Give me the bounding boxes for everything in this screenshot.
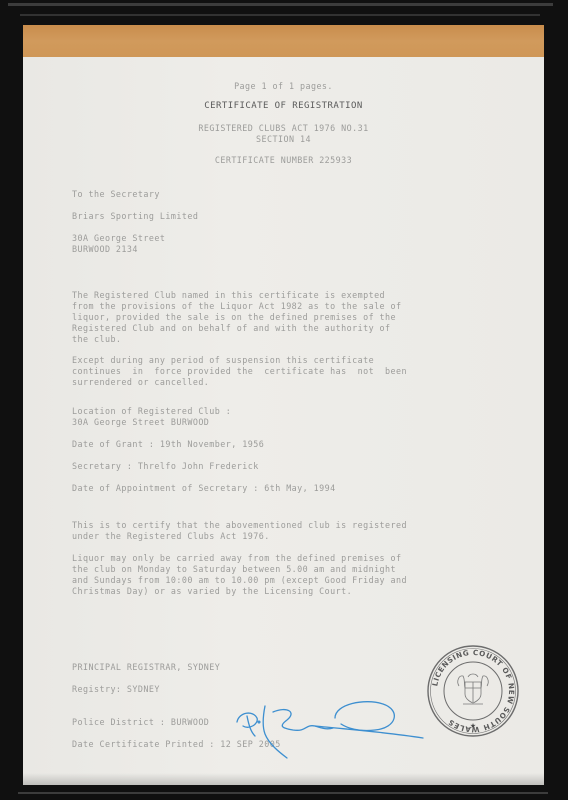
certificate-title: CERTIFICATE OF REGISTRATION — [23, 101, 544, 111]
suspension-line: Except during any period of suspension t… — [72, 355, 374, 365]
section-reference: SECTION 14 — [23, 134, 544, 144]
frame-bevel — [8, 3, 553, 6]
date-of-grant: Date of Grant : 19th November, 1956 — [72, 439, 264, 449]
liquor-hours-line: and Sundays from 10:00 am to 10.00 pm (e… — [72, 575, 407, 585]
address-line-2: BURWOOD 2134 — [72, 244, 138, 254]
exemption-line: The Registered Club named in this certif… — [72, 290, 385, 300]
location-label: Location of Registered Club : — [72, 406, 231, 416]
exemption-line: the club. — [72, 334, 121, 344]
registry: Registry: SYDNEY — [72, 684, 160, 694]
liquor-hours-line: the club on Monday to Saturday between 5… — [72, 564, 396, 574]
page-indicator: Page 1 of 1 pages. — [23, 81, 544, 91]
coat-of-arms-icon — [458, 674, 488, 704]
registrar: PRINCIPAL REGISTRAR, SYDNEY — [72, 662, 220, 672]
exemption-line: Registered Club and on behalf of and wit… — [72, 323, 391, 333]
svg-text:★: ★ — [470, 722, 476, 730]
act-reference: REGISTERED CLUBS ACT 1976 NO.31 — [23, 123, 544, 133]
appointment-date: Date of Appointment of Secretary : 6th M… — [72, 483, 336, 493]
exemption-line: liquor, provided the sale is on the defi… — [72, 312, 396, 322]
secretary-name: Secretary : Threlfo John Frederick — [72, 461, 259, 471]
liquor-hours-line: Christmas Day) or as varied by the Licen… — [72, 586, 352, 596]
suspension-line: surrendered or cancelled. — [72, 377, 209, 387]
salutation: To the Secretary — [72, 189, 160, 199]
suspension-line: continues in force provided the certific… — [72, 366, 407, 376]
certify-line: This is to certify that the abovemention… — [72, 520, 407, 530]
picture-frame: Page 1 of 1 pages. CERTIFICATE OF REGIST… — [0, 0, 568, 800]
licensing-court-seal: LICENSING COURT OF NEW SOUTH WALES ★ — [426, 644, 520, 738]
address-line-1: 30A George Street — [72, 233, 165, 243]
location-value: 30A George Street BURWOOD — [72, 417, 209, 427]
frame-bevel — [20, 14, 540, 16]
liquor-hours-line: Liquor may only be carried away from the… — [72, 553, 402, 563]
certificate-number: CERTIFICATE NUMBER 225933 — [23, 155, 544, 165]
exemption-line: from the provisions of the Liquor Act 19… — [72, 301, 402, 311]
certify-line: under the Registered Clubs Act 1976. — [72, 531, 270, 541]
signature-icon — [235, 700, 425, 765]
club-name: Briars Sporting Limited — [72, 211, 198, 221]
certificate-paper: Page 1 of 1 pages. CERTIFICATE OF REGIST… — [23, 25, 544, 785]
frame-bevel — [18, 792, 548, 794]
police-district: Police District : BURWOOD — [72, 717, 209, 727]
paper-shadow — [23, 773, 544, 785]
